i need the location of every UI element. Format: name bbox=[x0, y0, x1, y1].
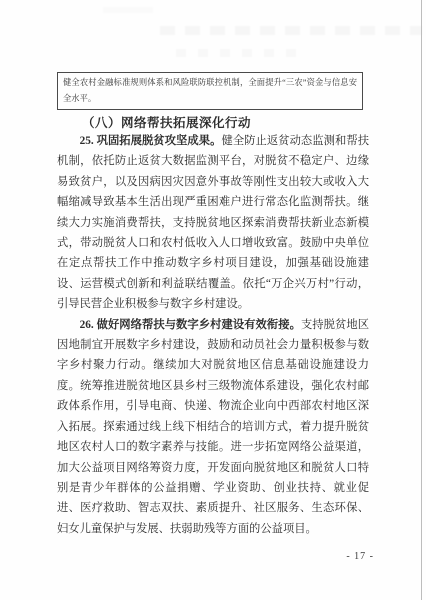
scan-edge-line bbox=[421, 0, 422, 600]
section-heading: （八）网络帮扶拓展深化行动 bbox=[57, 113, 369, 131]
scan-bleedthrough-artifact bbox=[176, 49, 304, 57]
paragraph-25: 25. 巩固拓展脱贫攻坚成果。健全防止返贫动态监测和帮扶机制，依托防止返贫大数据… bbox=[57, 131, 369, 315]
paragraph-25-lead: 25. 巩固拓展脱贫攻坚成果。 bbox=[80, 135, 222, 147]
document-page: 健全农村金融标准规则体系和风险联防联控机制，全面提升“三农”资金与信息安全水平。… bbox=[0, 0, 426, 600]
paragraph-26: 26. 做好网络帮扶与数字乡村建设有效衔接。支持脱贫地区因地制宜开展数字乡村建设… bbox=[57, 315, 369, 539]
scan-bleedthrough-artifact bbox=[103, 7, 153, 13]
callout-text: 健全农村金融标准规则体系和风险联防联控机制，全面提升“三农”资金与信息安全水平。 bbox=[63, 78, 357, 103]
document-body: 25. 巩固拓展脱贫攻坚成果。健全防止返贫动态监测和帮扶机制，依托防止返贫大数据… bbox=[57, 131, 369, 539]
paragraph-26-lead: 26. 做好网络帮扶与数字乡村建设有效衔接。 bbox=[80, 319, 301, 331]
paragraph-26-body: 支持脱贫地区因地制宜开展数字乡村建设，鼓励和动员社会力量积极参与数字乡村聚力行动… bbox=[57, 319, 369, 535]
scan-bleedthrough-artifact bbox=[160, 26, 422, 35]
callout-box: 健全农村金融标准规则体系和风险联防联控机制，全面提升“三农”资金与信息安全水平。 bbox=[57, 72, 363, 110]
paragraph-25-body: 健全防止返贫动态监测和帮扶机制，依托防止返贫大数据监测平台，对脱贫不稳定户、边缘… bbox=[57, 135, 369, 310]
page-number: - 17 - bbox=[346, 551, 374, 562]
